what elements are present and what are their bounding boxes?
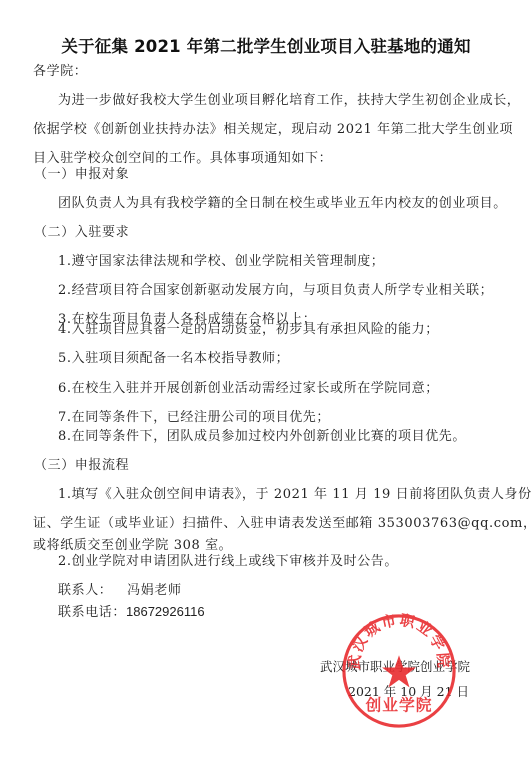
section-heading-process: （三）申报流程: [34, 457, 129, 475]
contact-person: 联系人： 冯娟老师: [58, 582, 182, 600]
intro-line-2: 依据学校《创新创业扶持办法》相关规定，现启动 2021 年第二批大学生创业项: [33, 121, 513, 139]
contact-phone-label: 联系电话：: [58, 605, 126, 620]
requirement-item-4: 4.入驻项目应具备一定的启动资金，初步具有承担风险的能力；: [58, 321, 439, 339]
requirement-item-2: 2.经营项目符合国家创新驱动发展方向，与项目负责人所学专业相关联；: [58, 282, 493, 300]
process-item-1-line-1: 1.填写《入驻众创空间申请表》，于 2021 年 11 月 19 日前将团队负责…: [58, 486, 532, 504]
process-item-1-line-2: 证、学生证（或毕业证）扫描件、入驻申请表发送至邮箱 353003763@qq.c…: [33, 515, 532, 533]
stamp-bottom-text: 创业学院: [365, 695, 433, 714]
contact-person-name: 冯娟老师: [127, 583, 181, 598]
contact-person-label: 联系人：: [58, 583, 112, 598]
requirement-item-7: 7.在同等条件下，已经注册公司的项目优先；: [58, 409, 330, 427]
salutation: 各学院：: [33, 63, 87, 81]
intro-line-1: 为进一步做好我校大学生创业项目孵化培育工作，扶持大学生初创企业成长，: [58, 92, 520, 110]
process-item-2: 2.创业学院对申请团队进行线上或线下审核并及时公告。: [58, 553, 398, 571]
contact-phone-number: 18672926116: [126, 604, 205, 619]
requirement-item-8: 8.在同等条件下，团队成员参加过校内外创新创业比赛的项目优先。: [58, 428, 466, 446]
section-1-item: 团队负责人为具有我校学籍的全日制在校生或毕业五年内校友的创业项目。: [58, 195, 507, 213]
official-seal-icon: 武汉城市职业学院 创业学院: [340, 612, 458, 730]
section-heading-requirements: （二）入驻要求: [34, 224, 129, 242]
section-heading-applicants: （一）申报对象: [34, 166, 129, 184]
contact-phone: 联系电话：18672926116: [58, 603, 205, 622]
document-page: 关于征集 2021 年第二批学生创业项目入驻基地的通知 各学院： 为进一步做好我…: [0, 0, 532, 769]
requirement-item-1: 1.遵守国家法律法规和学校、创业学院相关管理制度；: [58, 253, 384, 271]
requirement-item-5: 5.入驻项目须配备一名本校指导教师；: [58, 350, 289, 368]
requirement-item-6: 6.在校生入驻并开展创新创业活动需经过家长或所在学院同意；: [58, 380, 439, 398]
document-title: 关于征集 2021 年第二批学生创业项目入驻基地的通知: [0, 33, 532, 57]
